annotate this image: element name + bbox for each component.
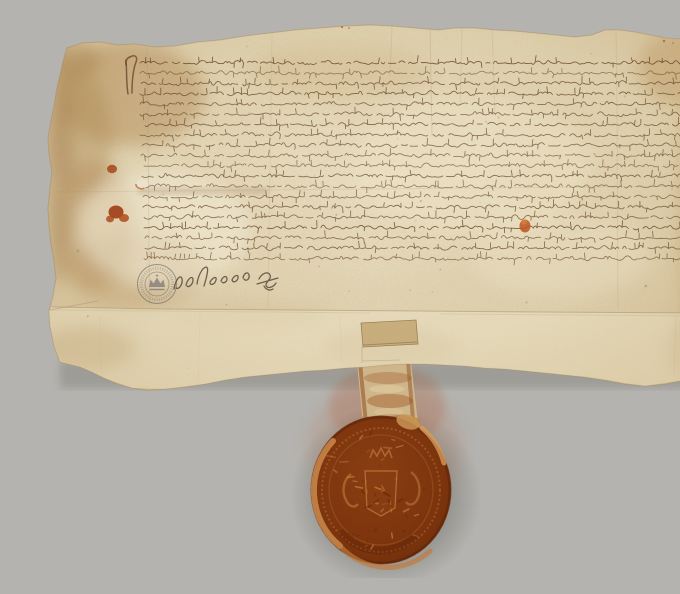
age-speck — [335, 214, 337, 216]
seal-emboss-fleck — [392, 440, 395, 441]
age-speck — [348, 291, 350, 293]
age-speck — [667, 207, 668, 208]
age-speck — [274, 277, 275, 278]
age-speck — [235, 245, 236, 246]
age-speck — [590, 53, 592, 55]
age-speck — [310, 181, 311, 182]
wax-spot — [119, 214, 129, 222]
seal-emboss-fleck — [382, 490, 384, 491]
seal-emboss-fleck — [370, 432, 371, 435]
seal-emboss-fleck — [367, 541, 368, 544]
age-speck — [188, 367, 189, 368]
age-speck — [624, 95, 626, 97]
age-speck — [498, 116, 500, 118]
age-speck — [485, 82, 487, 84]
wax-dust-speck — [663, 40, 665, 42]
age-speck — [540, 81, 542, 83]
wax-spot — [106, 216, 114, 223]
age-speck — [162, 194, 164, 196]
age-speck — [248, 275, 250, 277]
age-speck — [314, 174, 316, 176]
age-speck — [420, 200, 422, 202]
age-speck — [145, 121, 146, 122]
seal-emboss-fleck — [353, 481, 357, 482]
seal-emboss-fleck — [367, 490, 368, 494]
age-speck — [525, 301, 527, 303]
age-speck — [439, 268, 441, 270]
age-speck — [397, 138, 399, 140]
seal-emboss-fleck — [391, 509, 392, 512]
seal-emboss-fleck — [388, 500, 389, 502]
wax-spot — [107, 165, 117, 173]
age-speck — [485, 121, 487, 123]
age-speck — [415, 220, 417, 222]
scene-svg — [40, 16, 680, 578]
age-speck — [87, 315, 89, 317]
age-speck — [409, 289, 410, 290]
age-speck — [65, 309, 66, 310]
age-speck — [378, 104, 379, 105]
seal-emboss-fleck — [384, 447, 392, 448]
photograph: Photograph of a mediaeval parchment char… — [40, 16, 680, 578]
age-speck — [318, 266, 320, 268]
age-speck — [77, 250, 80, 253]
age-speck — [671, 188, 673, 190]
seal-emboss-fleck — [375, 529, 376, 531]
parchment-surface — [40, 16, 680, 396]
wax-spot — [521, 220, 527, 225]
age-speck — [194, 185, 196, 187]
wax-dust-speck — [348, 27, 350, 29]
age-speck — [443, 105, 444, 106]
age-speck — [310, 258, 311, 259]
age-speck — [594, 153, 596, 155]
seal-emboss-fleck — [347, 477, 354, 478]
age-speck — [645, 285, 648, 288]
age-speck — [432, 291, 434, 293]
seal-emboss-fleck — [392, 533, 393, 538]
seal-shield — [365, 471, 397, 516]
wax-dust-speck — [672, 42, 674, 44]
age-speck — [479, 202, 480, 203]
age-speck — [248, 112, 250, 114]
age-speck — [246, 45, 248, 47]
age-speck — [226, 304, 228, 306]
age-speck — [557, 350, 558, 351]
